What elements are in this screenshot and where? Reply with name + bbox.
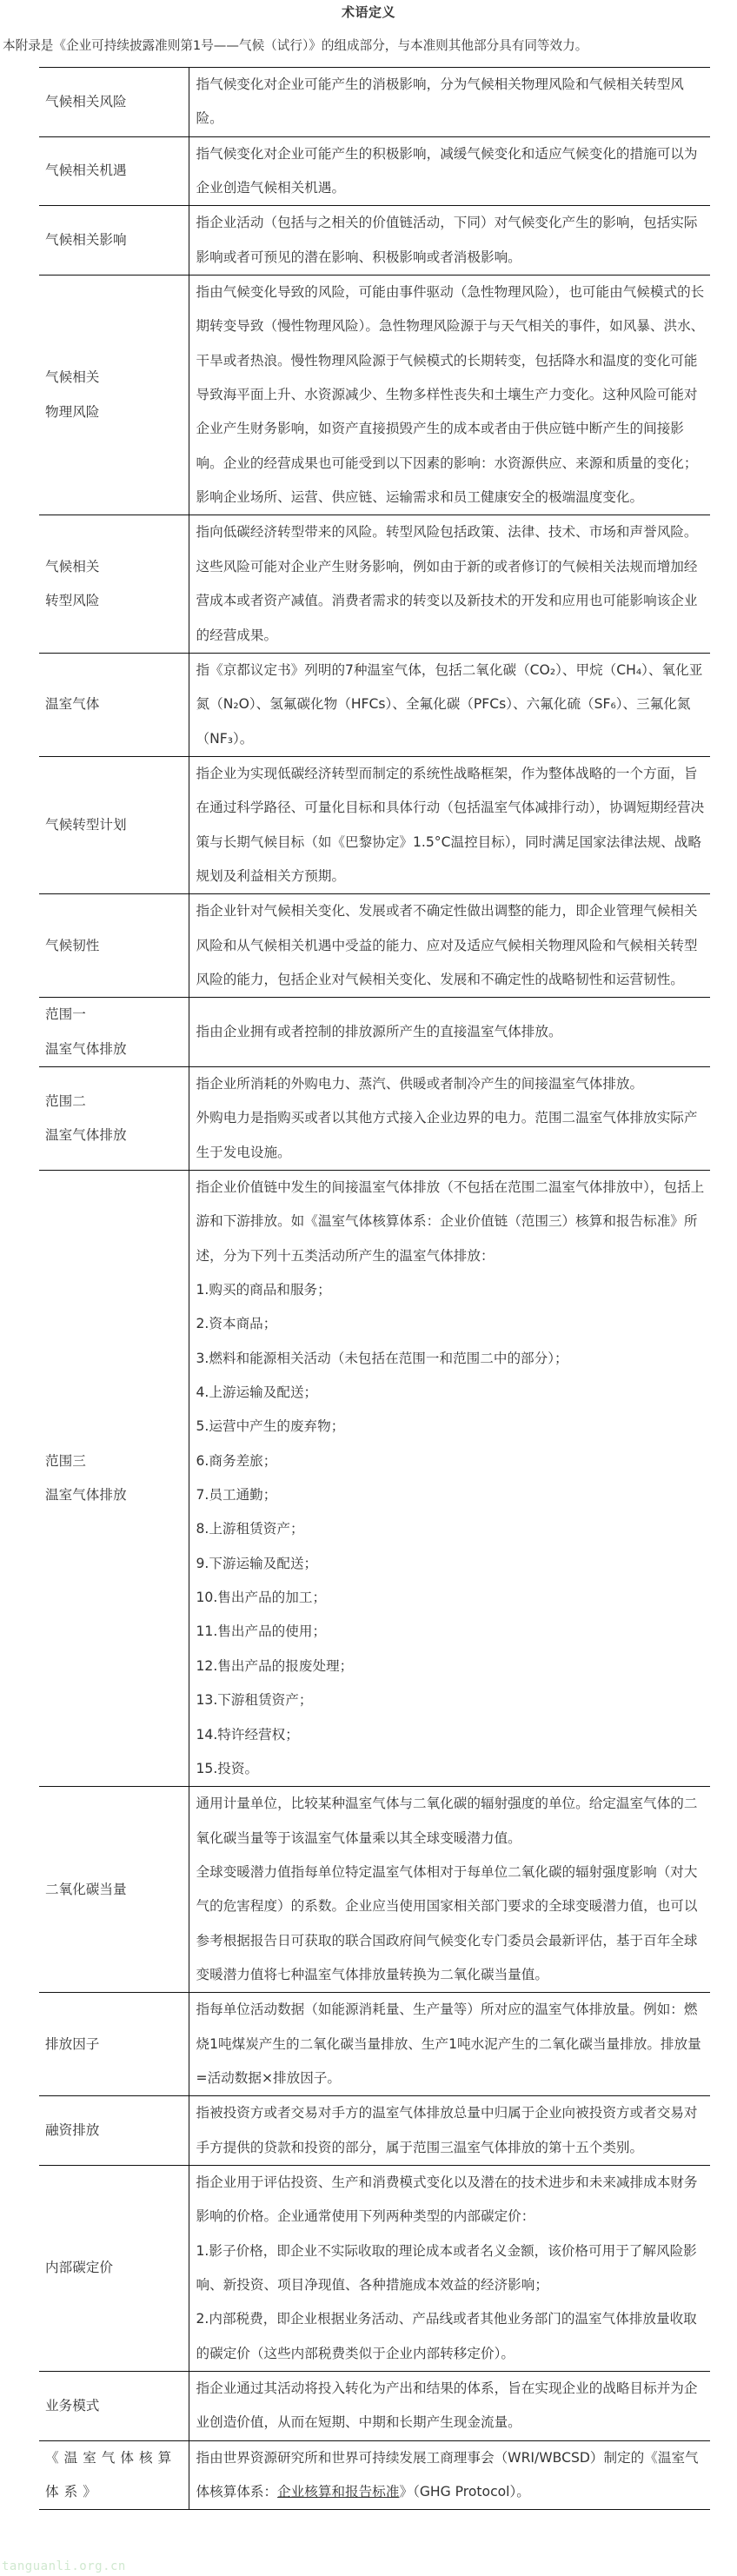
table-row: 范围一 温室气体排放 指由企业拥有或者控制的排放源所产生的直接温室气体排放。 [39,998,710,1067]
term-label-line: 范围二 [45,1085,189,1119]
scope3-category-item: 11.售出产品的使用； [196,1615,709,1649]
scope3-category-item: 8.上游租赁资产； [196,1512,709,1546]
term-definition: 指企业价值链中发生的间接温室气体排放（不包括在范围二温室气体排放中），包括上游和… [189,1171,710,1787]
definition-paragraph: 指被投资方或者交易对手方的温室气体排放总量中归属于企业向被投资方或者交易对手方提… [196,2096,709,2165]
term-label: 二氧化碳当量 [39,1787,189,1993]
term-label: 范围一 温室气体排放 [39,998,189,1067]
table-row: 气候转型计划 指企业为实现低碳经济转型而制定的系统性战略框架，作为整体战略的一个… [39,756,710,893]
term-label: 气候相关风险 [39,68,189,137]
table-row: 业务模式 指企业通过其活动将投入转化为产出和结果的体系，旨在实现企业的战略目标并… [39,2372,710,2441]
term-definition: 指企业活动（包括与之相关的价值链活动，下同）对气候变化产生的影响，包括实际影响或… [189,206,710,276]
term-label-line: 气候相关 [45,550,189,584]
term-label-line: 排放因子 [45,2028,189,2061]
term-label: 气候相关 物理风险 [39,276,189,515]
definition-paragraph: 指每单位活动数据（如能源消耗量、生产量等）所对应的温室气体排放量。例如：燃烧1吨… [196,1993,709,2095]
term-label-line: 范围三 [45,1444,189,1478]
term-label-line: 气候相关机遇 [45,154,189,188]
term-label: 气候相关影响 [39,206,189,276]
scope3-category-item: 9.下游运输及配送； [196,1547,709,1581]
term-label: 气候转型计划 [39,756,189,893]
table-row: 气候相关 转型风险 指向低碳经济转型带来的风险。转型风险包括政策、法律、技术、市… [39,515,710,653]
term-label-line: 温室气体排放 [45,1119,189,1152]
term-definition: 指每单位活动数据（如能源消耗量、生产量等）所对应的温室气体排放量。例如：燃烧1吨… [189,1993,710,2096]
page-title: 术语定义 [0,3,737,22]
definition-paragraph: 指《京都议定书》列明的7种温室气体，包括二氧化碳（CO₂）、甲烷（CH₄）、氧化… [196,654,709,756]
term-label-line: 气候韧性 [45,929,189,963]
table-row: 温室气体 指《京都议定书》列明的7种温室气体，包括二氧化碳（CO₂）、甲烷（CH… [39,653,710,756]
term-label-line: 气候相关影响 [45,223,189,257]
term-label-line: 融资排放 [45,2114,189,2148]
table-row: 二氧化碳当量 通用计量单位，比较某种温室气体与二氧化碳的辐射强度的单位。给定温室… [39,1787,710,1993]
definition-paragraph: 外购电力是指购买或者以其他方式接入企业边界的电力。范围二温室气体排放实际产生于发… [196,1101,709,1170]
table-row: 气候韧性 指企业针对气候相关变化、发展或者不确定性做出调整的能力，即企业管理气候… [39,894,710,998]
definition-paragraph: 指向低碳经济转型带来的风险。转型风险包括政策、法律、技术、市场和声誉风险。这些风… [196,515,709,652]
scope3-category-item: 15.投资。 [196,1752,709,1786]
term-label-line: 气候相关 [45,361,189,395]
definition-paragraph: 全球变暖潜力值指每单位特定温室气体相对于每单位二氧化碳的辐射强度影响（对大气的危… [196,1856,709,1992]
term-definition: 指气候变化对企业可能产生的积极影响，减缓气候变化和适应气候变化的措施可以为企业创… [189,136,710,206]
term-label-line: 气候转型计划 [45,808,189,842]
term-definition: 指由气候变化导致的风险，可能由事件驱动（急性物理风险），也可能由气候模式的长期转… [189,276,710,515]
table-row: 《温室气体核算体系》 指由世界资源研究所和世界可持续发展工商理事会（WRI/WB… [39,2440,710,2510]
scope3-category-item: 1.购买的商品和服务； [196,1273,709,1307]
term-label: 气候相关机遇 [39,136,189,206]
term-definition: 指企业为实现低碳经济转型而制定的系统性战略框架，作为整体战略的一个方面，旨在通过… [189,756,710,893]
term-label: 排放因子 [39,1993,189,2096]
underlined-standard-name: 企业核算和报告标准 [277,2484,399,2500]
definition-paragraph: 指企业通过其活动将投入转化为产出和结果的体系，旨在实现企业的战略目标并为企业创造… [196,2372,709,2440]
definition-paragraph: 2.内部税费，即企业根据业务活动、产品线或者其他业务部门的温室气体排放量收取的碳… [196,2302,709,2371]
term-label: 气候韧性 [39,894,189,998]
table-row: 气候相关 物理风险 指由气候变化导致的风险，可能由事件驱动（急性物理风险），也可… [39,276,710,515]
definition-paragraph: 指企业用于评估投资、生产和消费模式变化以及潜在的技术进步和未来减排成本财务影响的… [196,2166,709,2234]
table-row: 范围三 温室气体排放 指企业价值链中发生的间接温室气体排放（不包括在范围二温室气… [39,1171,710,1787]
definition-paragraph: 指企业针对气候相关变化、发展或者不确定性做出调整的能力，即企业管理气候相关风险和… [196,894,709,997]
definition-paragraph: 指由企业拥有或者控制的排放源所产生的直接温室气体排放。 [196,1015,709,1049]
term-definition: 指由企业拥有或者控制的排放源所产生的直接温室气体排放。 [189,998,710,1067]
term-label: 温室气体 [39,653,189,756]
term-definition: 指被投资方或者交易对手方的温室气体排放总量中归属于企业向被投资方或者交易对手方提… [189,2096,710,2166]
scope3-category-item: 6.商务差旅； [196,1444,709,1478]
definition-paragraph: 指由世界资源研究所和世界可持续发展工商理事会（WRI/WBCSD）制定的《温室气… [196,2441,709,2510]
term-label: 业务模式 [39,2372,189,2441]
definition-paragraph: 指由气候变化导致的风险，可能由事件驱动（急性物理风险），也可能由气候模式的长期转… [196,276,709,515]
term-definition: 指企业所消耗的外购电力、蒸汽、供暖或者制冷产生的间接温室气体排放。 外购电力是指… [189,1066,710,1170]
term-label: 融资排放 [39,2096,189,2166]
term-definition: 指气候变化对企业可能产生的消极影响，分为气候相关物理风险和气候相关转型风险。 [189,68,710,137]
scope3-category-item: 14.特许经营权； [196,1718,709,1752]
term-label-line: 物理风险 [45,395,189,429]
table-row: 排放因子 指每单位活动数据（如能源消耗量、生产量等）所对应的温室气体排放量。例如… [39,1993,710,2096]
term-label-line: 《温室气体核算体系》 [45,2441,189,2510]
term-definition: 指企业针对气候相关变化、发展或者不确定性做出调整的能力，即企业管理气候相关风险和… [189,894,710,998]
term-definition: 指企业用于评估投资、生产和消费模式变化以及潜在的技术进步和未来减排成本财务影响的… [189,2165,710,2371]
definition-text: 》（GHG Protocol）。 [399,2484,529,2500]
site-watermark: tanguanli.org.cn [2,2559,126,2574]
term-definition: 指向低碳经济转型带来的风险。转型风险包括政策、法律、技术、市场和声誉风险。这些风… [189,515,710,653]
table-row: 气候相关机遇 指气候变化对企业可能产生的积极影响，减缓气候变化和适应气候变化的措… [39,136,710,206]
term-definition: 指由世界资源研究所和世界可持续发展工商理事会（WRI/WBCSD）制定的《温室气… [189,2440,710,2510]
table-row: 范围二 温室气体排放 指企业所消耗的外购电力、蒸汽、供暖或者制冷产生的间接温室气… [39,1066,710,1170]
term-definition: 通用计量单位，比较某种温室气体与二氧化碳的辐射强度的单位。给定温室气体的二氧化碳… [189,1787,710,1993]
term-label: 范围三 温室气体排放 [39,1171,189,1787]
term-label-line: 内部碳定价 [45,2251,189,2285]
definition-paragraph: 指企业所消耗的外购电力、蒸汽、供暖或者制冷产生的间接温室气体排放。 [196,1067,709,1101]
scope3-category-item: 3.燃料和能源相关活动（未包括在范围一和范围二中的部分）； [196,1342,709,1376]
scope3-category-item: 2.资本商品； [196,1307,709,1341]
term-label: 《温室气体核算体系》 [39,2440,189,2510]
definition-paragraph: 1.影子价格，即企业不实际收取的理论成本或者名义金额，该价格可用于了解风险影响、… [196,2234,709,2303]
definition-paragraph: 指气候变化对企业可能产生的消极影响，分为气候相关物理风险和气候相关转型风险。 [196,68,709,136]
scope3-category-item: 13.下游租赁资产； [196,1683,709,1717]
terms-table: 气候相关风险 指气候变化对企业可能产生的消极影响，分为气候相关物理风险和气候相关… [39,67,710,2510]
table-row: 气候相关影响 指企业活动（包括与之相关的价值链活动，下同）对气候变化产生的影响，… [39,206,710,276]
term-label-line: 温室气体排放 [45,1478,189,1512]
term-label: 内部碳定价 [39,2165,189,2371]
term-label-line: 二氧化碳当量 [45,1873,189,1907]
term-label-line: 气候相关风险 [45,85,189,119]
term-label-line: 转型风险 [45,584,189,618]
definition-paragraph: 指气候变化对企业可能产生的积极影响，减缓气候变化和适应气候变化的措施可以为企业创… [196,137,709,206]
definition-paragraph: 指企业价值链中发生的间接温室气体排放（不包括在范围二温室气体排放中），包括上游和… [196,1171,709,1273]
term-label-line: 范围一 [45,998,189,1032]
term-label-line: 温室气体 [45,687,189,721]
term-label-line: 温室气体排放 [45,1032,189,1066]
table-row: 气候相关风险 指气候变化对企业可能产生的消极影响，分为气候相关物理风险和气候相关… [39,68,710,137]
definition-paragraph: 指企业为实现低碳经济转型而制定的系统性战略框架，作为整体战略的一个方面，旨在通过… [196,757,709,893]
term-label: 范围二 温室气体排放 [39,1066,189,1170]
term-label-line: 业务模式 [45,2389,189,2423]
scope3-category-item: 4.上游运输及配送； [196,1376,709,1410]
scope3-category-item: 7.员工通勤； [196,1478,709,1512]
scope3-category-item: 10.售出产品的加工； [196,1581,709,1615]
table-row: 内部碳定价 指企业用于评估投资、生产和消费模式变化以及潜在的技术进步和未来减排成… [39,2165,710,2371]
table-row: 融资排放 指被投资方或者交易对手方的温室气体排放总量中归属于企业向被投资方或者交… [39,2096,710,2166]
term-definition: 指《京都议定书》列明的7种温室气体，包括二氧化碳（CO₂）、甲烷（CH₄）、氧化… [189,653,710,756]
scope3-category-item: 12.售出产品的报废处理； [196,1650,709,1683]
term-label: 气候相关 转型风险 [39,515,189,653]
definition-paragraph: 通用计量单位，比较某种温室气体与二氧化碳的辐射强度的单位。给定温室气体的二氧化碳… [196,1787,709,1856]
definition-paragraph: 指企业活动（包括与之相关的价值链活动，下同）对气候变化产生的影响，包括实际影响或… [196,206,709,275]
intro-paragraph: 本附录是《企业可持续披露准则第1号——气候（试行）》的组成部分，与本准则其他部分… [3,37,588,56]
term-definition: 指企业通过其活动将投入转化为产出和结果的体系，旨在实现企业的战略目标并为企业创造… [189,2372,710,2441]
scope3-category-item: 5.运营中产生的废弃物； [196,1410,709,1444]
